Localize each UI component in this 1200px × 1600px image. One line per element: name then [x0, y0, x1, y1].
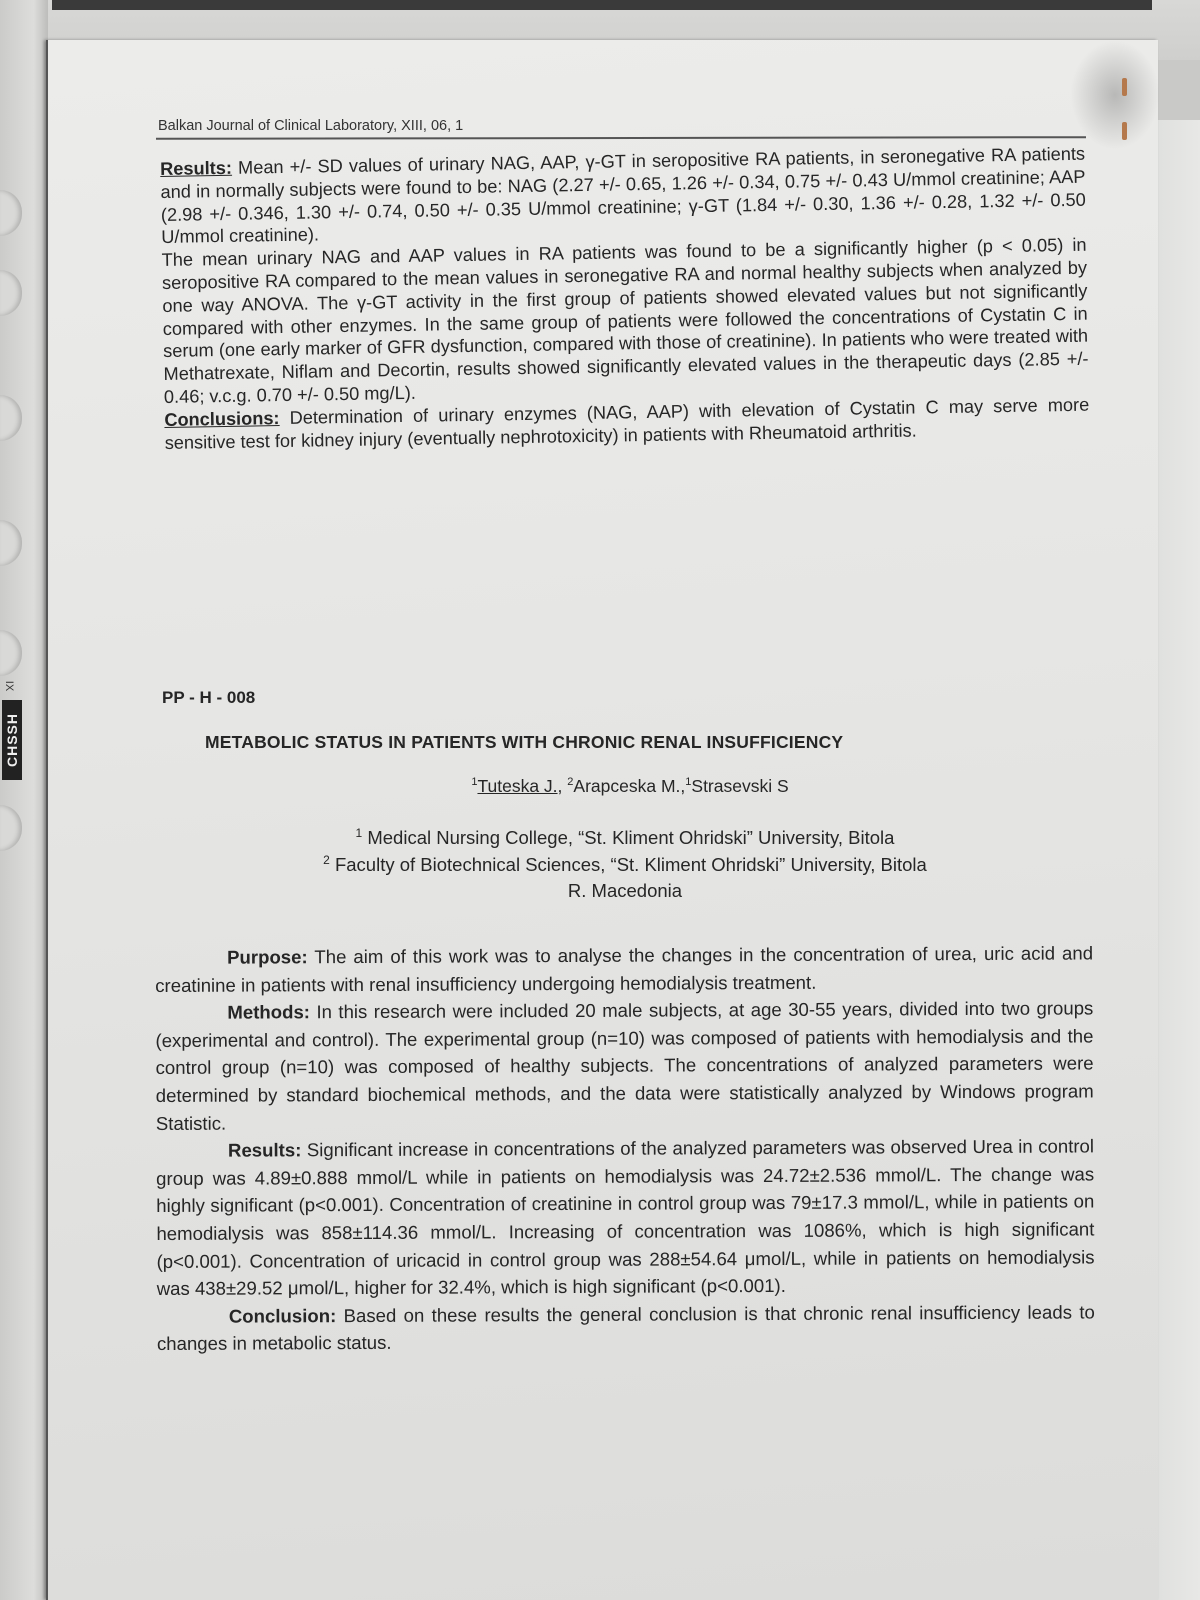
author-name: Arapceska M. — [573, 776, 680, 796]
affiliation-2: 2 Faculty of Biotechnical Sciences, “St.… — [0, 853, 1200, 876]
affiliation-text: Medical Nursing College, “St. Kliment Oh… — [367, 827, 894, 848]
header-rule — [156, 136, 1086, 140]
affiliation-text: Faculty of Biotechnical Sciences, “St. K… — [335, 854, 927, 875]
previous-results-paragraph: Results: Mean +/- SD values of urinary N… — [160, 143, 1086, 250]
results-paragraph: Results: Significant increase in concent… — [156, 1133, 1095, 1303]
affiliation-text: R. Macedonia — [568, 880, 682, 901]
affiliation-sup: 2 — [323, 853, 330, 867]
author-name: Tuteska J. — [477, 776, 557, 796]
conclusion-label: Conclusion: — [229, 1305, 337, 1327]
previous-abstract: Results: Mean +/- SD values of urinary N… — [160, 143, 1090, 455]
conclusion-paragraph: Conclusion: Based on these results the g… — [157, 1298, 1095, 1358]
abstract-title: METABOLIC STATUS IN PATIENTS WITH CHRONI… — [205, 732, 1065, 753]
results-text: Mean +/- SD values of urinary NAG, AAP, … — [160, 144, 1086, 248]
journal-header: Balkan Journal of Clinical Laboratory, X… — [158, 118, 463, 134]
author-name: Strasevski S — [691, 776, 788, 796]
abstract-id: PP - H - 008 — [162, 688, 255, 708]
abstract-body: Purpose: The aim of this work was to ana… — [155, 939, 1095, 1357]
results-label: Results: — [160, 158, 232, 179]
methods-label: Methods: — [227, 1001, 310, 1022]
methods-paragraph: Methods: In this research were included … — [155, 995, 1094, 1138]
previous-results-paragraph-2: The mean urinary NAG and AAP values in R… — [162, 234, 1090, 409]
author-separator: , — [558, 776, 568, 796]
results-label: Results: — [228, 1139, 301, 1160]
author-list: 1Tuteska J., 2Arapceska M.,1Strasevski S — [0, 776, 1200, 797]
purpose-label: Purpose: — [227, 946, 308, 967]
page-content: Balkan Journal of Clinical Laboratory, X… — [0, 0, 1200, 1600]
conclusions-label: Conclusions: — [164, 408, 280, 430]
affiliation-sup: 1 — [356, 826, 363, 840]
affiliation-1: 1 Medical Nursing College, “St. Kliment … — [0, 826, 1200, 849]
affiliation-country: R. Macedonia — [0, 880, 1200, 902]
purpose-paragraph: Purpose: The aim of this work was to ana… — [155, 939, 1093, 999]
